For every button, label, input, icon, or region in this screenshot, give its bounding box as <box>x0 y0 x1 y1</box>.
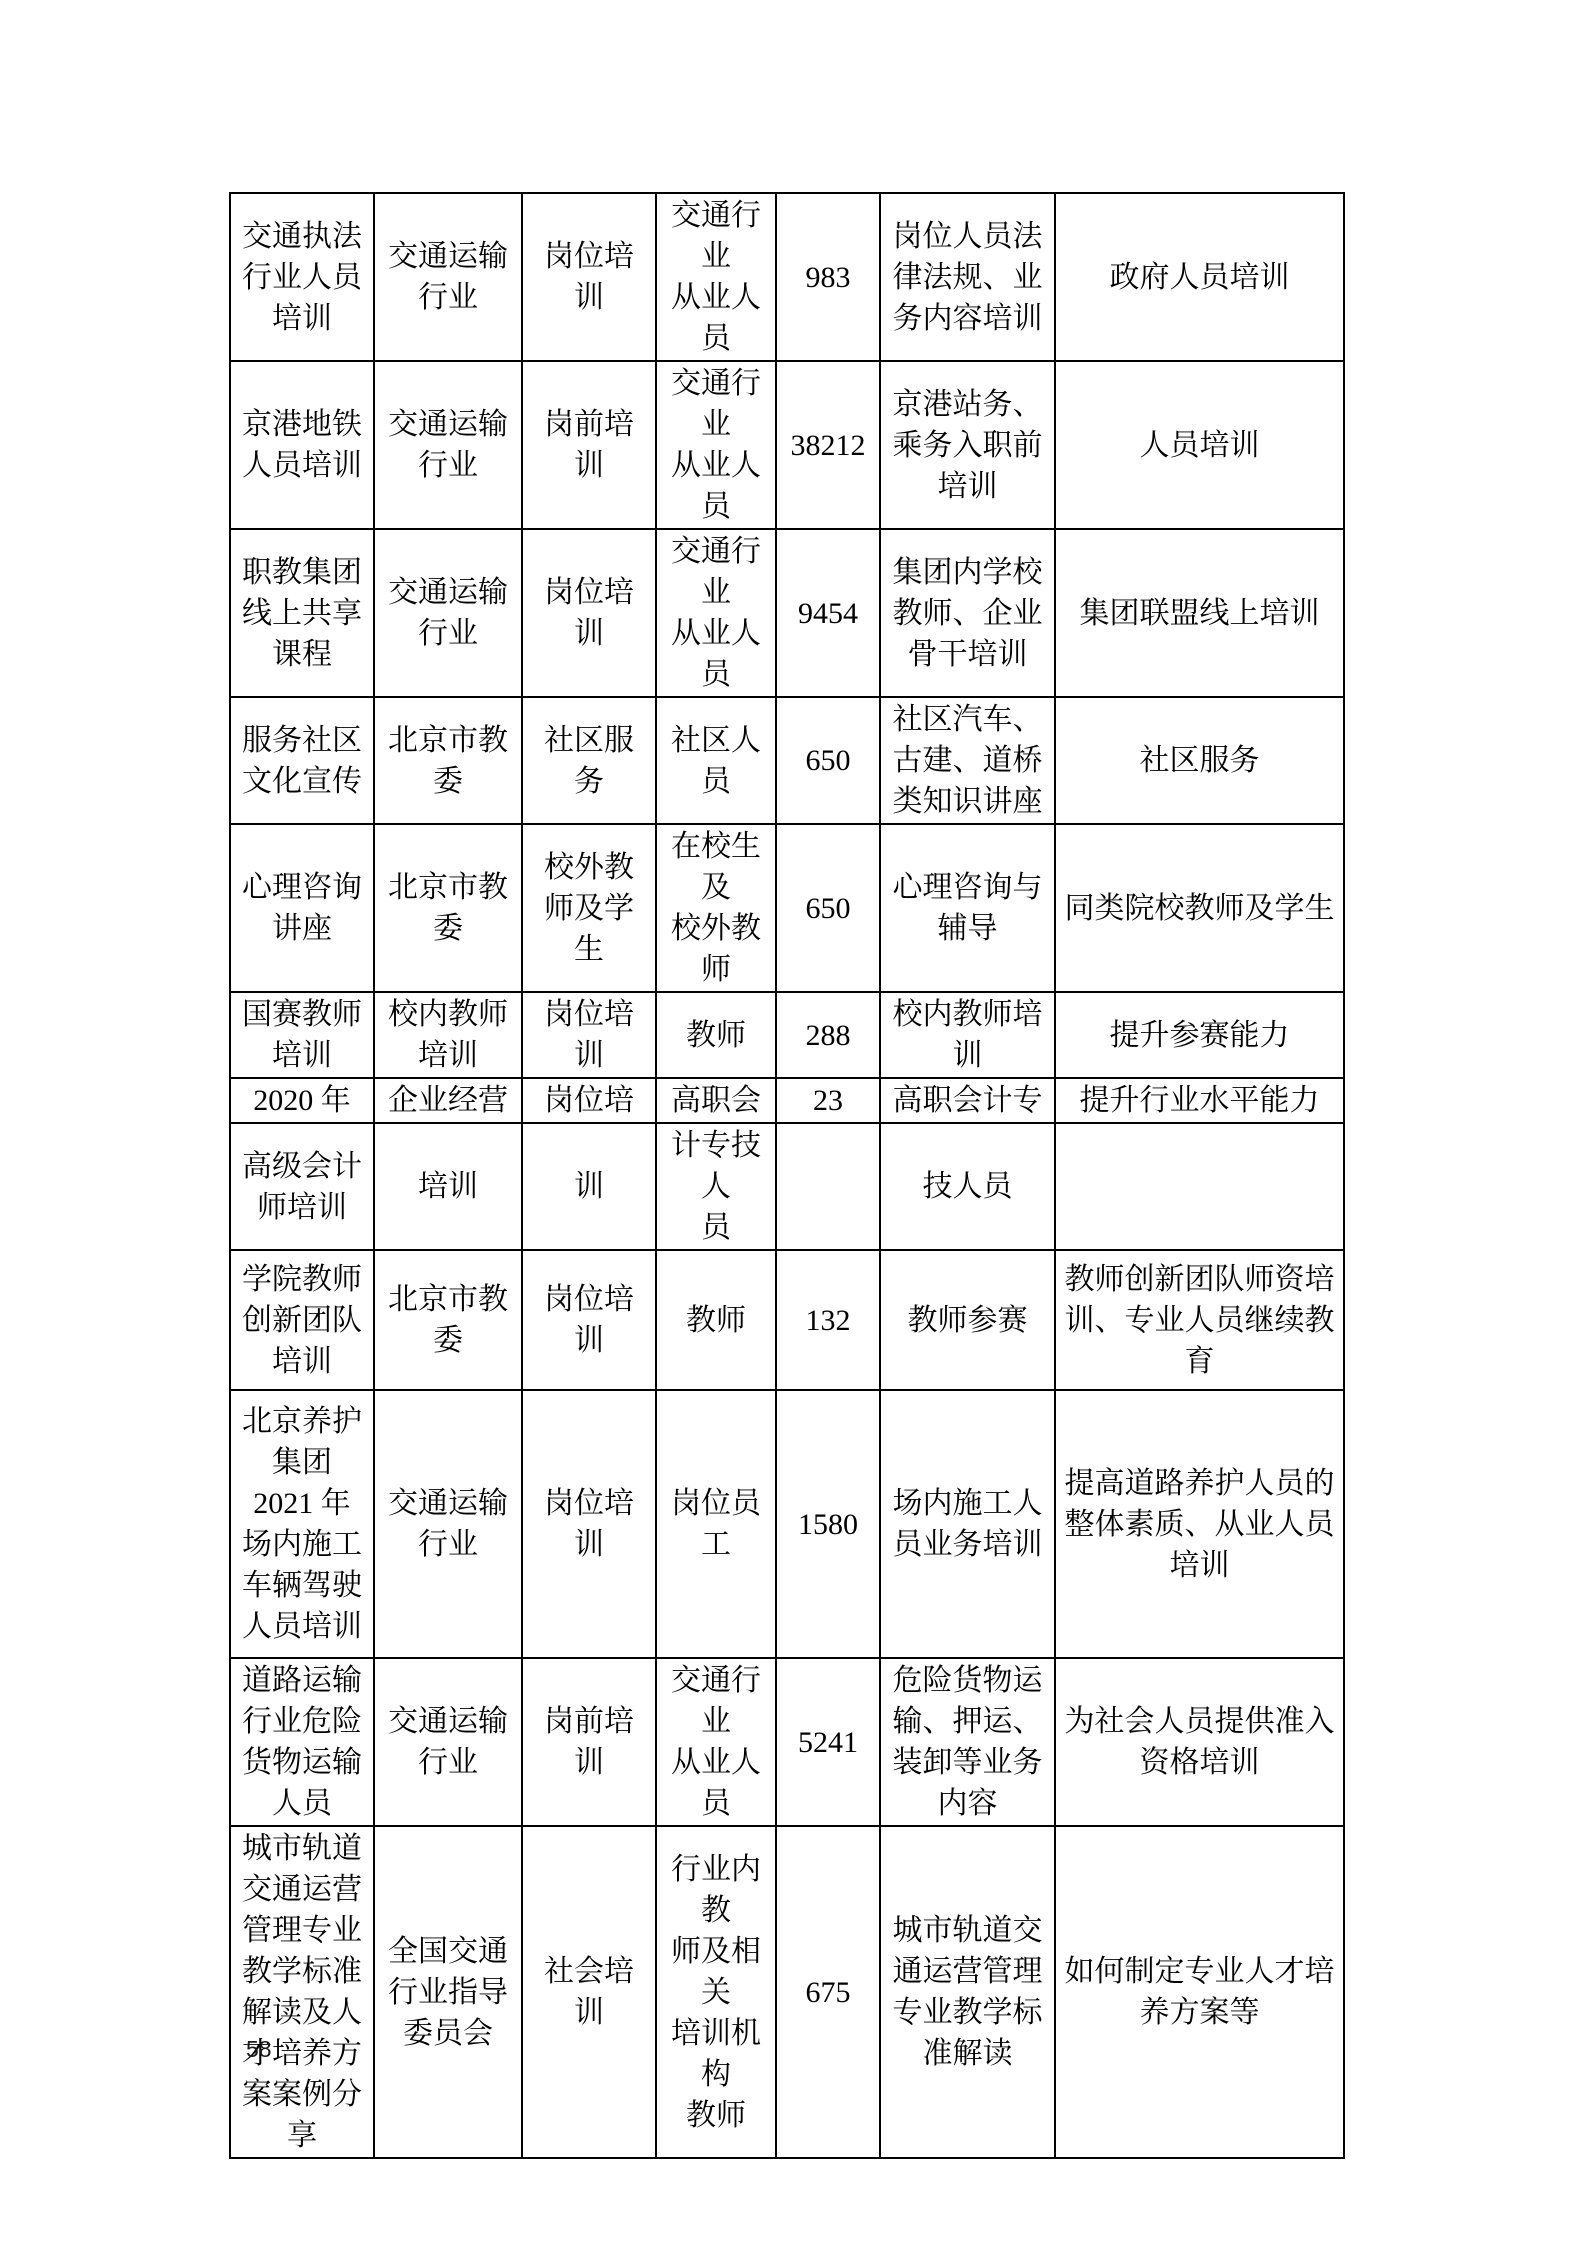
table-cell: 职教集团 线上共享 课程 <box>230 529 374 697</box>
table-cell: 岗位培 训 <box>522 1250 656 1390</box>
table-row: 城市轨道 交通运营 管理专业 教学标准 解读及人 才培养方 案案例分 享 全国交… <box>230 1826 1344 2158</box>
table-cell: 同类院校教师及学生 <box>1055 824 1344 992</box>
table-cell: 5241 <box>776 1658 880 1826</box>
table-cell: 集团联盟线上培训 <box>1055 529 1344 697</box>
table-cell: 132 <box>776 1250 880 1390</box>
table-cell: 城市轨道交 通运营管理 专业教学标 准解读 <box>880 1826 1055 2158</box>
table-cell: 675 <box>776 1826 880 2158</box>
table-cell: 训 <box>522 1123 656 1250</box>
table-cell: 京港地铁 人员培训 <box>230 361 374 529</box>
table-cell: 岗位培 <box>522 1078 656 1123</box>
table-cell: 2020 年 <box>230 1078 374 1123</box>
table-cell: 提升参赛能力 <box>1055 992 1344 1078</box>
table-cell: 全国交通 行业指导 委员会 <box>374 1826 522 2158</box>
table-cell: 培训 <box>374 1123 522 1250</box>
table-cell: 教师参赛 <box>880 1250 1055 1390</box>
table-cell: 岗位培 训 <box>522 992 656 1078</box>
table-cell: 交通行业 从业人员 <box>656 529 776 697</box>
table-cell: 学院教师 创新团队 培训 <box>230 1250 374 1390</box>
table-row: 心理咨询 讲座 北京市教 委 校外教 师及学 生 在校生及 校外教师 650 心… <box>230 824 1344 992</box>
training-table: 交通执法 行业人员 培训 交通运输 行业 岗位培 训 交通行业 从业人员 983… <box>229 192 1345 2159</box>
table-cell: 交通运输 行业 <box>374 361 522 529</box>
table-row: 服务社区 文化宣传 北京市教 委 社区服 务 社区人 员 650 社区汽车、 古… <box>230 697 1344 824</box>
table-cell: 社区汽车、 古建、道桥 类知识讲座 <box>880 697 1055 824</box>
table-cell: 高职会计专 <box>880 1078 1055 1123</box>
table-cell: 行业内教 师及相关 培训机构 教师 <box>656 1826 776 2158</box>
table-row: 北京养护 集团 2021 年 场内施工 车辆驾驶 人员培训 交通运输 行业 岗位… <box>230 1390 1344 1658</box>
table-row: 交通执法 行业人员 培训 交通运输 行业 岗位培 训 交通行业 从业人员 983… <box>230 193 1344 361</box>
table-cell: 如何制定专业人才培 养方案等 <box>1055 1826 1344 2158</box>
table-cell: 北京养护 集团 2021 年 场内施工 车辆驾驶 人员培训 <box>230 1390 374 1658</box>
table-cell: 技人员 <box>880 1123 1055 1250</box>
table-cell: 场内施工人 员业务培训 <box>880 1390 1055 1658</box>
table-cell: 集团内学校 教师、企业 骨干培训 <box>880 529 1055 697</box>
table-cell: 心理咨询与 辅导 <box>880 824 1055 992</box>
table-row: 职教集团 线上共享 课程 交通运输 行业 岗位培 训 交通行业 从业人员 945… <box>230 529 1344 697</box>
table-cell: 1580 <box>776 1390 880 1658</box>
table-cell: 教师 <box>656 1250 776 1390</box>
table-cell: 288 <box>776 992 880 1078</box>
table-cell: 道路运输 行业危险 货物运输 人员 <box>230 1658 374 1826</box>
table-cell: 在校生及 校外教师 <box>656 824 776 992</box>
table-cell: 社区人 员 <box>656 697 776 824</box>
table-cell: 9454 <box>776 529 880 697</box>
table-cell: 城市轨道 交通运营 管理专业 教学标准 解读及人 才培养方 案案例分 享 <box>230 1826 374 2158</box>
table-row: 道路运输 行业危险 货物运输 人员 交通运输 行业 岗前培 训 交通行业 从业人… <box>230 1658 1344 1826</box>
table-row: 学院教师 创新团队 培训 北京市教 委 岗位培 训 教师 132 教师参赛 教师… <box>230 1250 1344 1390</box>
table-row: 高级会计 师培训 培训 训 计专技人 员 技人员 <box>230 1123 1344 1250</box>
table-cell: 为社会人员提供准入 资格培训 <box>1055 1658 1344 1826</box>
table-cell: 23 <box>776 1078 880 1123</box>
page-number: 58 <box>246 2036 272 2063</box>
table-cell: 教师 <box>656 992 776 1078</box>
table-cell: 校内教师 培训 <box>374 992 522 1078</box>
table-cell: 岗位人员法 律法规、业 务内容培训 <box>880 193 1055 361</box>
table-cell: 计专技人 员 <box>656 1123 776 1250</box>
table-cell: 岗位培 训 <box>522 529 656 697</box>
table-cell: 交通运输 行业 <box>374 1390 522 1658</box>
table-cell: 危险货物运 输、押运、 装卸等业务 内容 <box>880 1658 1055 1826</box>
table-row: 2020 年 企业经营 岗位培 高职会 23 高职会计专 提升行业水平能力 <box>230 1078 1344 1123</box>
table-cell: 岗前培 训 <box>522 361 656 529</box>
table-cell: 政府人员培训 <box>1055 193 1344 361</box>
table-cell: 高级会计 师培训 <box>230 1123 374 1250</box>
table-cell: 交通执法 行业人员 培训 <box>230 193 374 361</box>
table-cell: 交通运输 行业 <box>374 193 522 361</box>
table-cell: 社会培 训 <box>522 1826 656 2158</box>
table-cell: 京港站务、 乘务入职前 培训 <box>880 361 1055 529</box>
table-cell: 北京市教 委 <box>374 824 522 992</box>
table-cell: 650 <box>776 824 880 992</box>
table-cell: 岗位培 训 <box>522 193 656 361</box>
table-cell: 企业经营 <box>374 1078 522 1123</box>
table-cell: 心理咨询 讲座 <box>230 824 374 992</box>
table-cell: 服务社区 文化宣传 <box>230 697 374 824</box>
table-cell: 岗前培 训 <box>522 1658 656 1826</box>
table-cell <box>1055 1123 1344 1250</box>
table-cell: 国赛教师 培训 <box>230 992 374 1078</box>
table-cell: 岗位培 训 <box>522 1390 656 1658</box>
table-cell: 高职会 <box>656 1078 776 1123</box>
table-row: 京港地铁 人员培训 交通运输 行业 岗前培 训 交通行业 从业人员 38212 … <box>230 361 1344 529</box>
table-cell: 交通行业 从业人员 <box>656 193 776 361</box>
table-row: 国赛教师 培训 校内教师 培训 岗位培 训 教师 288 校内教师培 训 提升参… <box>230 992 1344 1078</box>
table-cell: 社区服 务 <box>522 697 656 824</box>
table-cell: 38212 <box>776 361 880 529</box>
table-cell: 岗位员 工 <box>656 1390 776 1658</box>
table-cell: 983 <box>776 193 880 361</box>
table-cell: 社区服务 <box>1055 697 1344 824</box>
table-cell: 交通行业 从业人员 <box>656 361 776 529</box>
table-cell <box>776 1123 880 1250</box>
table-cell: 提升行业水平能力 <box>1055 1078 1344 1123</box>
table-cell: 校外教 师及学 生 <box>522 824 656 992</box>
table-cell: 人员培训 <box>1055 361 1344 529</box>
document-page: 交通执法 行业人员 培训 交通运输 行业 岗位培 训 交通行业 从业人员 983… <box>0 0 1587 2245</box>
table-cell: 教师创新团队师资培 训、专业人员继续教 育 <box>1055 1250 1344 1390</box>
table-cell: 提高道路养护人员的 整体素质、从业人员 培训 <box>1055 1390 1344 1658</box>
table-cell: 北京市教 委 <box>374 697 522 824</box>
table-cell: 北京市教 委 <box>374 1250 522 1390</box>
table-cell: 650 <box>776 697 880 824</box>
table-cell: 校内教师培 训 <box>880 992 1055 1078</box>
table-cell: 交通运输 行业 <box>374 1658 522 1826</box>
table-cell: 交通运输 行业 <box>374 529 522 697</box>
table-cell: 交通行业 从业人员 <box>656 1658 776 1826</box>
